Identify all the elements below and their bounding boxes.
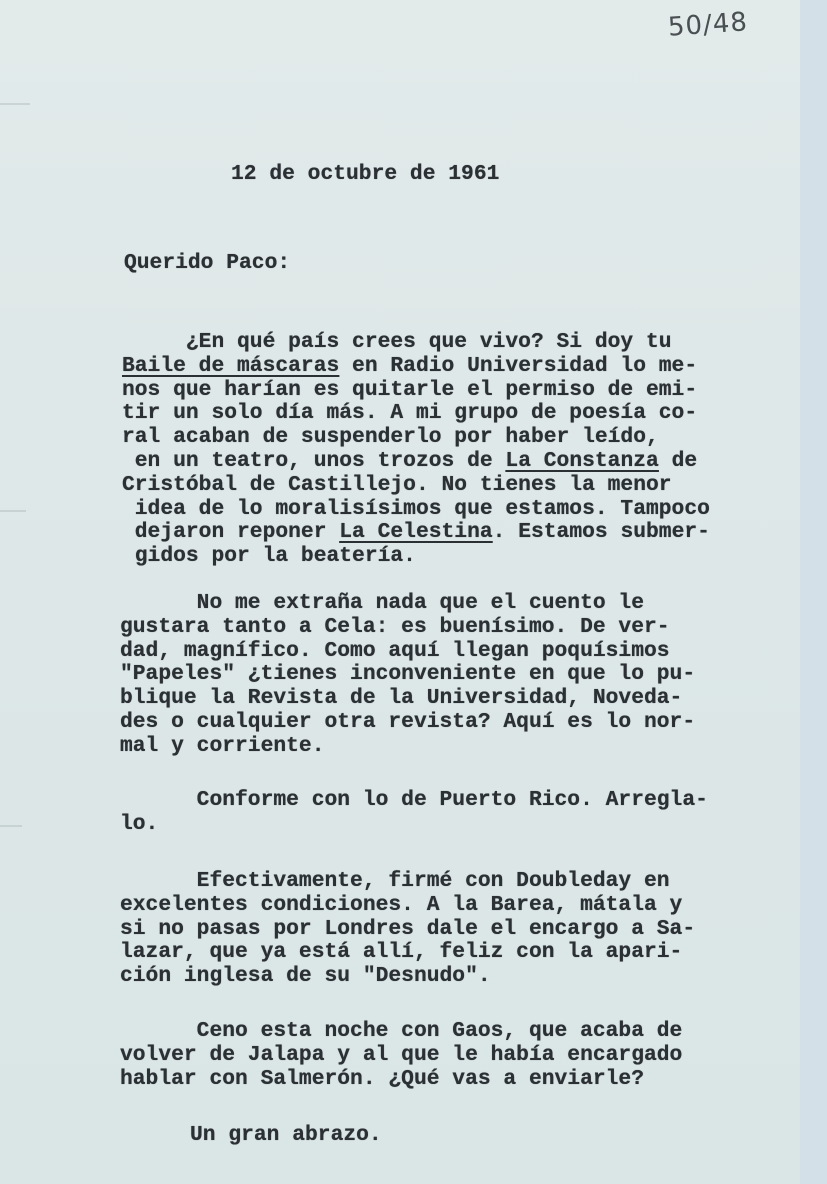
text-segment: lazar, que ya está allí, feliz con la ap… [120, 940, 682, 964]
text-line: dejaron reponer La Celestina. Estamos su… [122, 521, 710, 545]
text-line: lazar, que ya está allí, feliz con la ap… [120, 941, 695, 965]
paragraph-5: Ceno esta noche con Gaos, que acaba devo… [120, 1020, 682, 1091]
text-segment: tir un solo día más. A mi grupo de poesí… [122, 401, 697, 425]
text-segment: ral acaban de suspenderlo por haber leíd… [122, 425, 659, 449]
text-line: hablar con Salmerón. ¿Qué vas a enviarle… [120, 1068, 682, 1092]
text-line: ¿En qué país crees que vivo? Si doy tu [122, 331, 710, 355]
text-line: Ceno esta noche con Gaos, que acaba de [120, 1020, 682, 1044]
text-segment: hablar con Salmerón. ¿Qué vas a enviarle… [120, 1067, 644, 1091]
text-segment: mal y corriente. [120, 734, 324, 758]
text-segment: ¿En qué país crees que vivo? Si doy tu [122, 330, 672, 354]
text-segment: "Papeles" ¿tienes inconveniente en que l… [120, 662, 695, 686]
text-segment: Efectivamente, firmé con Doubleday en [120, 869, 670, 893]
text-segment: . Estamos submer- [493, 520, 710, 544]
text-line: gidos por la beatería. [122, 545, 710, 569]
paragraph-3: Conforme con lo de Puerto Rico. Arregla-… [120, 789, 708, 837]
text-segment: dad, magnífico. Como aquí llegan poquísi… [120, 639, 670, 663]
text-segment: lo. [120, 812, 158, 836]
paragraph-1: ¿En qué país crees que vivo? Si doy tuBa… [122, 331, 710, 569]
scan-edge [800, 0, 827, 1184]
bleed-through-mark [0, 510, 26, 512]
text-segment: volver de Jalapa y al que le había encar… [120, 1043, 682, 1067]
text-segment: ción inglesa de su "Desnudo". [120, 964, 491, 988]
paragraph-4: Efectivamente, firmé con Doubleday enexc… [120, 870, 695, 989]
text-segment: excelentes condiciones. A la Barea, máta… [120, 893, 682, 917]
text-line: dad, magnífico. Como aquí llegan poquísi… [120, 640, 695, 664]
text-segment: gustara tanto a Cela: es buenísimo. De v… [120, 615, 670, 639]
text-segment: blique la Revista de la Universidad, Nov… [120, 686, 682, 710]
text-segment: idea de lo moralisísimos que estamos. Ta… [122, 497, 710, 521]
text-segment: Conforme con lo de Puerto Rico. Arregla- [120, 788, 708, 812]
text-segment: en un teatro, unos trozos de [122, 449, 505, 473]
text-segment: si no pasas por Londres dale el encargo … [120, 917, 695, 941]
text-segment: en Radio Universidad lo me- [339, 354, 697, 378]
text-line: "Papeles" ¿tienes inconveniente en que l… [120, 663, 695, 687]
text-line: gustara tanto a Cela: es buenísimo. De v… [120, 616, 695, 640]
text-line: excelentes condiciones. A la Barea, máta… [120, 894, 695, 918]
text-line: des o cualquier otra revista? Aquí es lo… [120, 711, 695, 735]
text-line: nos que harían es quitarle el permiso de… [122, 379, 710, 403]
text-segment: gidos por la beatería. [122, 544, 416, 568]
closing: Un gran abrazo. [190, 1124, 382, 1148]
text-segment: Cristóbal de Castillejo. No tienes la me… [122, 473, 672, 497]
text-segment: Ceno esta noche con Gaos, que acaba de [120, 1019, 682, 1043]
text-line: volver de Jalapa y al que le había encar… [120, 1044, 682, 1068]
text-line: Cristóbal de Castillejo. No tienes la me… [122, 474, 710, 498]
text-segment: No me extraña nada que el cuento le [120, 591, 644, 615]
text-segment: des o cualquier otra revista? Aquí es lo… [120, 710, 695, 734]
text-line: Efectivamente, firmé con Doubleday en [120, 870, 695, 894]
bleed-through-mark [0, 103, 30, 105]
text-line: si no pasas por Londres dale el encargo … [120, 918, 695, 942]
text-line: ción inglesa de su "Desnudo". [120, 965, 695, 989]
text-segment: de [659, 449, 697, 473]
text-line: blique la Revista de la Universidad, Nov… [120, 687, 695, 711]
text-line: ral acaban de suspenderlo por haber leíd… [122, 426, 710, 450]
underlined-title: La Celestina [339, 520, 492, 544]
underlined-title: La Constanza [505, 449, 658, 473]
text-line: idea de lo moralisísimos que estamos. Ta… [122, 498, 710, 522]
paragraph-2: No me extraña nada que el cuento legusta… [120, 592, 695, 759]
underlined-title: Baile de máscaras [122, 354, 339, 378]
bleed-through-mark [0, 825, 22, 827]
text-line: No me extraña nada que el cuento le [120, 592, 695, 616]
text-segment: dejaron reponer [122, 520, 339, 544]
text-line: tir un solo día más. A mi grupo de poesí… [122, 402, 710, 426]
text-line: Baile de máscaras en Radio Universidad l… [122, 355, 710, 379]
folio-number: 50/48 [667, 7, 749, 43]
text-segment: nos que harían es quitarle el permiso de… [122, 378, 697, 402]
text-line: en un teatro, unos trozos de La Constanz… [122, 450, 710, 474]
letter-date: 12 de octubre de 1961 [231, 163, 499, 187]
text-line: mal y corriente. [120, 735, 695, 759]
salutation: Querido Paco: [124, 252, 290, 276]
text-line: lo. [120, 813, 708, 837]
letter-page: 50/48 12 de octubre de 1961 Querido Paco… [0, 0, 800, 1184]
text-line: Conforme con lo de Puerto Rico. Arregla- [120, 789, 708, 813]
